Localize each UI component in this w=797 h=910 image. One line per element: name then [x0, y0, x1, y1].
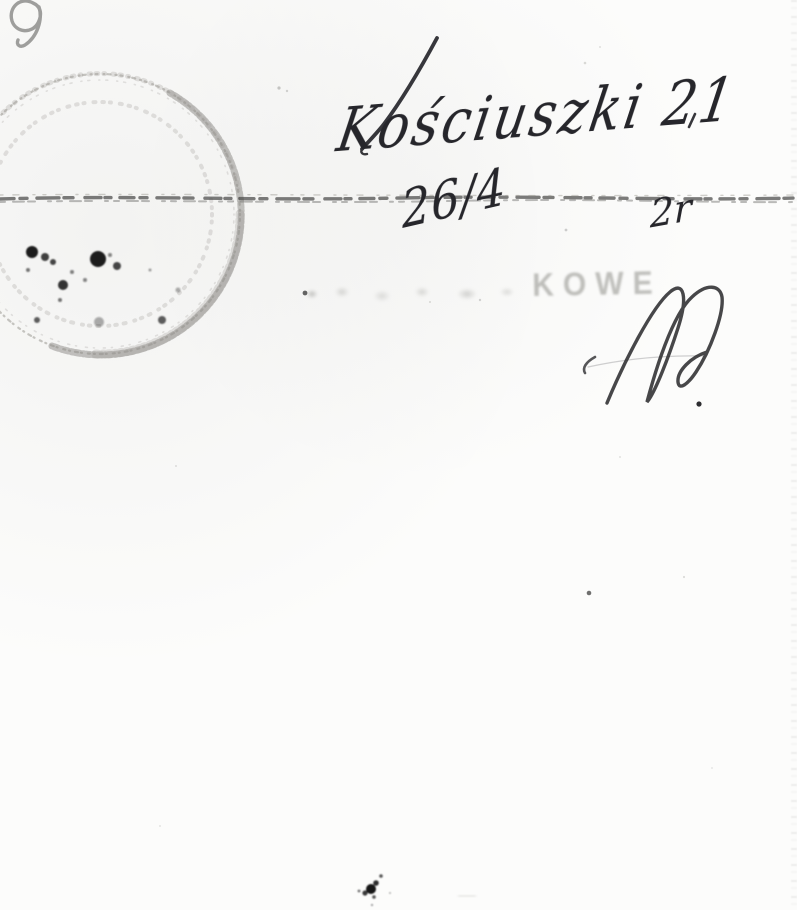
faint-smudge-dash — [458, 895, 476, 897]
paper-specks — [159, 46, 713, 827]
ink-dot — [587, 591, 592, 596]
ink-blot — [358, 874, 391, 906]
scan-edge-noise — [791, 0, 797, 910]
signature-flourish — [584, 287, 722, 406]
smudge-dot — [303, 291, 308, 296]
corner-number-pencil-mark — [11, 1, 40, 46]
handwritten-note: 2r — [650, 185, 692, 237]
postmark-stamp — [0, 74, 241, 355]
scanned-document-page: KOWE — [0, 0, 797, 910]
